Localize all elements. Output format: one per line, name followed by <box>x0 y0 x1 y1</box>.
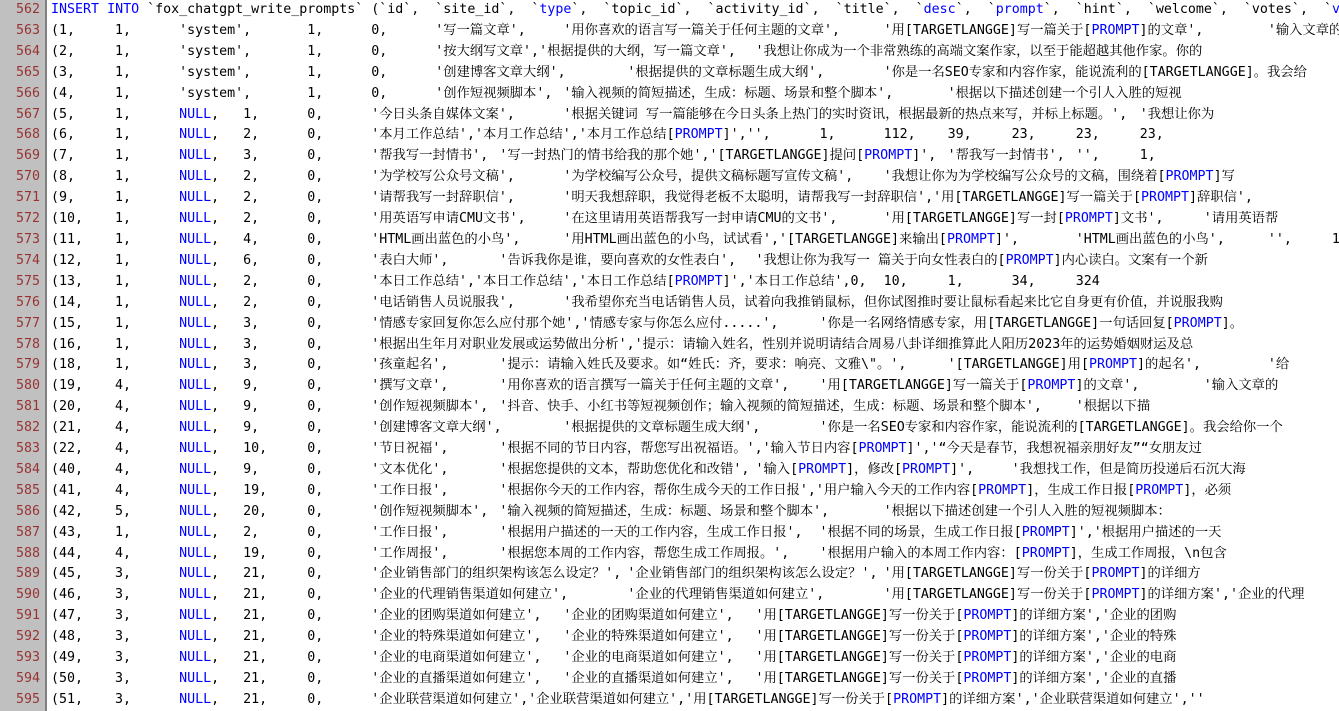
sql-keyword: PROMPT <box>1022 546 1070 561</box>
sql-keyword: PROMPT <box>1091 566 1139 581</box>
line-number: 571 <box>0 188 47 209</box>
line-number: 580 <box>0 376 47 397</box>
editor-line: 582 (21, 4, NULL, 9, 0, '创建博客文章大纲', '根据提… <box>0 418 1339 439</box>
sql-keyword: PROMPT <box>947 232 995 247</box>
line-number: 587 <box>0 523 47 544</box>
sql-keyword: NULL <box>179 587 211 602</box>
sql-keyword: NULL <box>179 483 211 498</box>
code-line[interactable]: (20, 4, NULL, 9, 0, '创作短视频脚本', '抖音、快手、小红… <box>47 397 1339 418</box>
line-number: 579 <box>0 355 47 376</box>
editor-line: 593 (49, 3, NULL, 21, 0, '企业的电商渠道如何建立', … <box>0 648 1339 669</box>
sql-keyword: NULL <box>179 608 211 623</box>
code-line[interactable]: (5, 1, NULL, 1, 0, '今日头条自媒体文案', '根据关键词 写… <box>47 105 1339 126</box>
editor-line: 579 (18, 1, NULL, 3, 0, '孩童起名', '提示：请输入姓… <box>0 355 1339 376</box>
line-number: 568 <box>0 125 47 146</box>
editor-line: 592 (48, 3, NULL, 21, 0, '企业的特殊渠道如何建立', … <box>0 627 1339 648</box>
sql-keyword: PROMPT <box>963 608 1011 623</box>
sql-keyword: NULL <box>179 420 211 435</box>
sql-keyword: NULL <box>179 566 211 581</box>
code-line[interactable]: (22, 4, NULL, 10, 0, '节日祝福', '根据不同的节日内容，… <box>47 439 1339 460</box>
editor-line: 580 (19, 4, NULL, 9, 0, '撰写文章', '用你喜欢的语言… <box>0 376 1339 397</box>
sql-keyword: INTO <box>107 2 139 17</box>
line-number: 595 <box>0 690 47 711</box>
sql-keyword: PROMPT <box>963 650 1011 665</box>
line-number: 565 <box>0 63 47 84</box>
editor-line: 571 (9, 1, NULL, 2, 0, '请帮我写一封辞职信', '明天我… <box>0 188 1339 209</box>
line-number: 593 <box>0 648 47 669</box>
sql-keyword: PROMPT <box>1022 525 1070 540</box>
code-line[interactable]: (10, 1, NULL, 2, 0, '用英语写申请CMU文书', '在这里请… <box>47 209 1339 230</box>
editor-line: 567 (5, 1, NULL, 1, 0, '今日头条自媒体文案', '根据关… <box>0 105 1339 126</box>
line-number: 566 <box>0 84 47 105</box>
sql-keyword: PROMPT <box>1091 23 1139 38</box>
line-number: 576 <box>0 293 47 314</box>
editor-line: 572 (10, 1, NULL, 2, 0, '用英语写申请CMU文书', '… <box>0 209 1339 230</box>
line-number: 564 <box>0 42 47 63</box>
sql-keyword: PROMPT <box>1141 190 1189 205</box>
sql-keyword: PROMPT <box>864 148 912 163</box>
sql-keyword: PROMPT <box>858 441 906 456</box>
sql-keyword: NULL <box>179 107 211 122</box>
code-line[interactable]: (43, 1, NULL, 2, 0, '工作日报', '根据用户描述的一天的工… <box>47 523 1339 544</box>
code-line[interactable]: (19, 4, NULL, 9, 0, '撰写文章', '用你喜欢的语言撰写一篇… <box>47 376 1339 397</box>
line-number: 592 <box>0 627 47 648</box>
code-line[interactable]: (12, 1, NULL, 6, 0, '表白大师', '告诉我你是谁，要向喜欢… <box>47 251 1339 272</box>
line-number: 575 <box>0 272 47 293</box>
line-number: 581 <box>0 397 47 418</box>
code-line[interactable]: (21, 4, NULL, 9, 0, '创建博客文章大纲', '根据提供的文章… <box>47 418 1339 439</box>
code-line[interactable]: (45, 3, NULL, 21, 0, '企业销售部门的组织架构该怎么设定？'… <box>47 564 1339 585</box>
editor-line: 570 (8, 1, NULL, 2, 0, '为学校写公众号文稿', '为学校… <box>0 167 1339 188</box>
code-line[interactable]: (47, 3, NULL, 21, 0, '企业的团购渠道如何建立', '企业的… <box>47 606 1339 627</box>
code-line[interactable]: (1, 1, 'system', 1, 0, '写一篇文章', '用你喜欢的语言… <box>47 21 1339 42</box>
sql-keyword: NULL <box>179 253 211 268</box>
code-line[interactable]: (11, 1, NULL, 4, 0, 'HTML画出蓝色的小鸟', '用HTM… <box>47 230 1339 251</box>
code-line[interactable]: (44, 4, NULL, 19, 0, '工作周报', '根据您本周的工作内容… <box>47 544 1339 565</box>
line-number: 588 <box>0 544 47 565</box>
editor-line: 573 (11, 1, NULL, 4, 0, 'HTML画出蓝色的小鸟', '… <box>0 230 1339 251</box>
editor-line: 564 (2, 1, 'system', 1, 0, '按大纲写文章','根据提… <box>0 42 1339 63</box>
editor-line: 589 (45, 3, NULL, 21, 0, '企业销售部门的组织架构该怎么… <box>0 564 1339 585</box>
code-line[interactable]: (42, 5, NULL, 20, 0, '创作短视频脚本', '输入视频的简短… <box>47 502 1339 523</box>
sql-keyword: views <box>1332 2 1339 17</box>
editor-line: 574 (12, 1, NULL, 6, 0, '表白大师', '告诉我你是谁，… <box>0 251 1339 272</box>
line-number: 563 <box>0 21 47 42</box>
sql-keyword: PROMPT <box>963 629 1011 644</box>
sql-keyword: NULL <box>179 274 211 289</box>
line-number: 584 <box>0 460 47 481</box>
sql-keyword: NULL <box>179 357 211 372</box>
line-number: 567 <box>0 105 47 126</box>
sql-keyword: NULL <box>179 337 211 352</box>
code-line[interactable]: (4, 1, 'system', 1, 0, '创作短视频脚本', '输入视频的… <box>47 84 1339 105</box>
sql-keyword: NULL <box>179 378 211 393</box>
sql-keyword: NULL <box>179 211 211 226</box>
line-number: 590 <box>0 585 47 606</box>
code-line[interactable]: (7, 1, NULL, 3, 0, '帮我写一封情书', '写一封热门的情书给… <box>47 146 1339 167</box>
editor-line: 584 (40, 4, NULL, 9, 0, '文本优化', '根据您提供的文… <box>0 460 1339 481</box>
editor-line: 586 (42, 5, NULL, 20, 0, '创作短视频脚本', '输入视… <box>0 502 1339 523</box>
sql-keyword: NULL <box>179 671 211 686</box>
editor-line: 581 (20, 4, NULL, 9, 0, '创作短视频脚本', '抖音、快… <box>0 397 1339 418</box>
code-line[interactable]: (2, 1, 'system', 1, 0, '按大纲写文章','根据提供的大纲… <box>47 42 1339 63</box>
code-line[interactable]: (8, 1, NULL, 2, 0, '为学校写公众号文稿', '为学校编写公众… <box>47 167 1339 188</box>
line-number: 572 <box>0 209 47 230</box>
sql-keyword: PROMPT <box>1091 587 1139 602</box>
editor-line: 590 (46, 3, NULL, 21, 0, '企业的代理销售渠道如何建立'… <box>0 585 1339 606</box>
code-line[interactable]: (15, 1, NULL, 3, 0, '情感专家回复你怎么应付那个她','情感… <box>47 314 1339 335</box>
editor-line: 562 INSERT INTO `fox_chatgpt_write_promp… <box>0 0 1339 21</box>
line-number: 569 <box>0 146 47 167</box>
editor-line: 575 (13, 1, NULL, 2, 0, '本日工作总结','本日工作总结… <box>0 272 1339 293</box>
code-line[interactable]: (13, 1, NULL, 2, 0, '本日工作总结','本日工作总结','本… <box>47 272 1339 293</box>
sql-keyword: NULL <box>179 169 211 184</box>
code-line[interactable]: (3, 1, 'system', 1, 0, '创建博客文章大纲', '根据提供… <box>47 63 1339 84</box>
editor-line: 587 (43, 1, NULL, 2, 0, '工作日报', '根据用户描述的… <box>0 523 1339 544</box>
editor-line: 563 (1, 1, 'system', 1, 0, '写一篇文章', '用你喜… <box>0 21 1339 42</box>
sql-keyword: PROMPT <box>1135 483 1183 498</box>
sql-keyword: NULL <box>179 441 211 456</box>
editor-line: 566 (4, 1, 'system', 1, 0, '创作短视频脚本', '输… <box>0 84 1339 105</box>
sql-keyword: PROMPT <box>675 127 723 142</box>
sql-keyword: NULL <box>179 650 211 665</box>
line-number: 594 <box>0 669 47 690</box>
code-line[interactable]: (40, 4, NULL, 9, 0, '文本优化', '根据您提供的文本，帮助… <box>47 460 1339 481</box>
code-line[interactable]: (9, 1, NULL, 2, 0, '请帮我写一封辞职信', '明天我想辞职，… <box>47 188 1339 209</box>
sql-keyword: PROMPT <box>1027 378 1075 393</box>
code-line[interactable]: INSERT INTO `fox_chatgpt_write_prompts` … <box>47 0 1339 21</box>
editor-line: 568 (6, 1, NULL, 2, 0, '本月工作总结','本月工作总结'… <box>0 125 1339 146</box>
code-line[interactable]: (48, 3, NULL, 21, 0, '企业的特殊渠道如何建立', '企业的… <box>47 627 1339 648</box>
sql-keyword: NULL <box>179 504 211 519</box>
sql-keyword: PROMPT <box>1174 316 1222 331</box>
sql-keyword: NULL <box>179 232 211 247</box>
sql-keyword: NULL <box>179 127 211 142</box>
sql-keyword: PROMPT <box>1089 357 1137 372</box>
editor-line: 565 (3, 1, 'system', 1, 0, '创建博客文章大纲', '… <box>0 63 1339 84</box>
line-number: 586 <box>0 502 47 523</box>
code-line[interactable]: (49, 3, NULL, 21, 0, '企业的电商渠道如何建立', '企业的… <box>47 648 1339 669</box>
sql-keyword: type <box>539 2 571 17</box>
sql-keyword: NULL <box>179 525 211 540</box>
line-number: 577 <box>0 314 47 335</box>
editor-line: 569 (7, 1, NULL, 3, 0, '帮我写一封情书', '写一封热门… <box>0 146 1339 167</box>
editor-line: 577 (15, 1, NULL, 3, 0, '情感专家回复你怎么应付那个她'… <box>0 314 1339 335</box>
line-number: 574 <box>0 251 47 272</box>
code-line[interactable]: (41, 4, NULL, 19, 0, '工作日报', '根据你今天的工作内容… <box>47 481 1339 502</box>
sql-keyword: NULL <box>179 692 211 707</box>
sql-keyword: NULL <box>179 316 211 331</box>
line-number: 585 <box>0 481 47 502</box>
code-line[interactable]: (51, 3, NULL, 21, 0, '企业联营渠道如何建立','企业联营渠… <box>47 690 1339 711</box>
sql-keyword: NULL <box>179 546 211 561</box>
sql-text-editor: 562 INSERT INTO `fox_chatgpt_write_promp… <box>0 0 1339 711</box>
editor-line: 595 (51, 3, NULL, 21, 0, '企业联营渠道如何建立','企… <box>0 690 1339 711</box>
editor-line: 591 (47, 3, NULL, 21, 0, '企业的团购渠道如何建立', … <box>0 606 1339 627</box>
sql-keyword: PROMPT <box>1166 169 1214 184</box>
line-number: 573 <box>0 230 47 251</box>
sql-keyword: NULL <box>179 462 211 477</box>
line-number: 583 <box>0 439 47 460</box>
editor-line: 594 (50, 3, NULL, 21, 0, '企业的直播渠道如何建立', … <box>0 669 1339 690</box>
code-line[interactable]: (46, 3, NULL, 21, 0, '企业的代理销售渠道如何建立', '企… <box>47 585 1339 606</box>
sql-keyword: NULL <box>179 295 211 310</box>
sql-keyword: PROMPT <box>1065 211 1113 226</box>
sql-keyword: INSERT <box>51 2 99 17</box>
line-number: 591 <box>0 606 47 627</box>
line-number: 562 <box>0 0 47 21</box>
code-line[interactable]: (16, 1, NULL, 3, 0, '根据出生年月对职业发展或运势做出分析'… <box>47 335 1339 356</box>
editor-line: 583 (22, 4, NULL, 10, 0, '节日祝福', '根据不同的节… <box>0 439 1339 460</box>
sql-keyword: PROMPT <box>902 462 950 477</box>
line-number: 582 <box>0 418 47 439</box>
code-line[interactable]: (50, 3, NULL, 21, 0, '企业的直播渠道如何建立', '企业的… <box>47 669 1339 690</box>
code-line[interactable]: (6, 1, NULL, 2, 0, '本月工作总结','本月工作总结','本月… <box>47 125 1339 146</box>
sql-keyword: NULL <box>179 629 211 644</box>
sql-keyword: PROMPT <box>893 692 941 707</box>
sql-keyword: PROMPT <box>675 274 723 289</box>
sql-keyword: PROMPT <box>978 483 1026 498</box>
code-line[interactable]: (18, 1, NULL, 3, 0, '孩童起名', '提示：请输入姓氏及要求… <box>47 355 1339 376</box>
sql-keyword: PROMPT <box>1006 253 1054 268</box>
line-number: 570 <box>0 167 47 188</box>
editor-line: 588 (44, 4, NULL, 19, 0, '工作周报', '根据您本周的… <box>0 544 1339 565</box>
sql-keyword: desc <box>924 2 956 17</box>
sql-keyword: PROMPT <box>798 462 846 477</box>
editor-line: 585 (41, 4, NULL, 19, 0, '工作日报', '根据你今天的… <box>0 481 1339 502</box>
sql-keyword: PROMPT <box>963 671 1011 686</box>
sql-keyword: NULL <box>179 190 211 205</box>
sql-keyword: NULL <box>179 399 211 414</box>
sql-keyword: NULL <box>179 148 211 163</box>
line-number: 578 <box>0 335 47 356</box>
line-number: 589 <box>0 564 47 585</box>
code-line[interactable]: (14, 1, NULL, 2, 0, '电话销售人员说服我', '我希望你充当… <box>47 293 1339 314</box>
sql-keyword: prompt <box>996 2 1044 17</box>
editor-line: 576 (14, 1, NULL, 2, 0, '电话销售人员说服我', '我希… <box>0 293 1339 314</box>
editor-line: 578 (16, 1, NULL, 3, 0, '根据出生年月对职业发展或运势做… <box>0 335 1339 356</box>
